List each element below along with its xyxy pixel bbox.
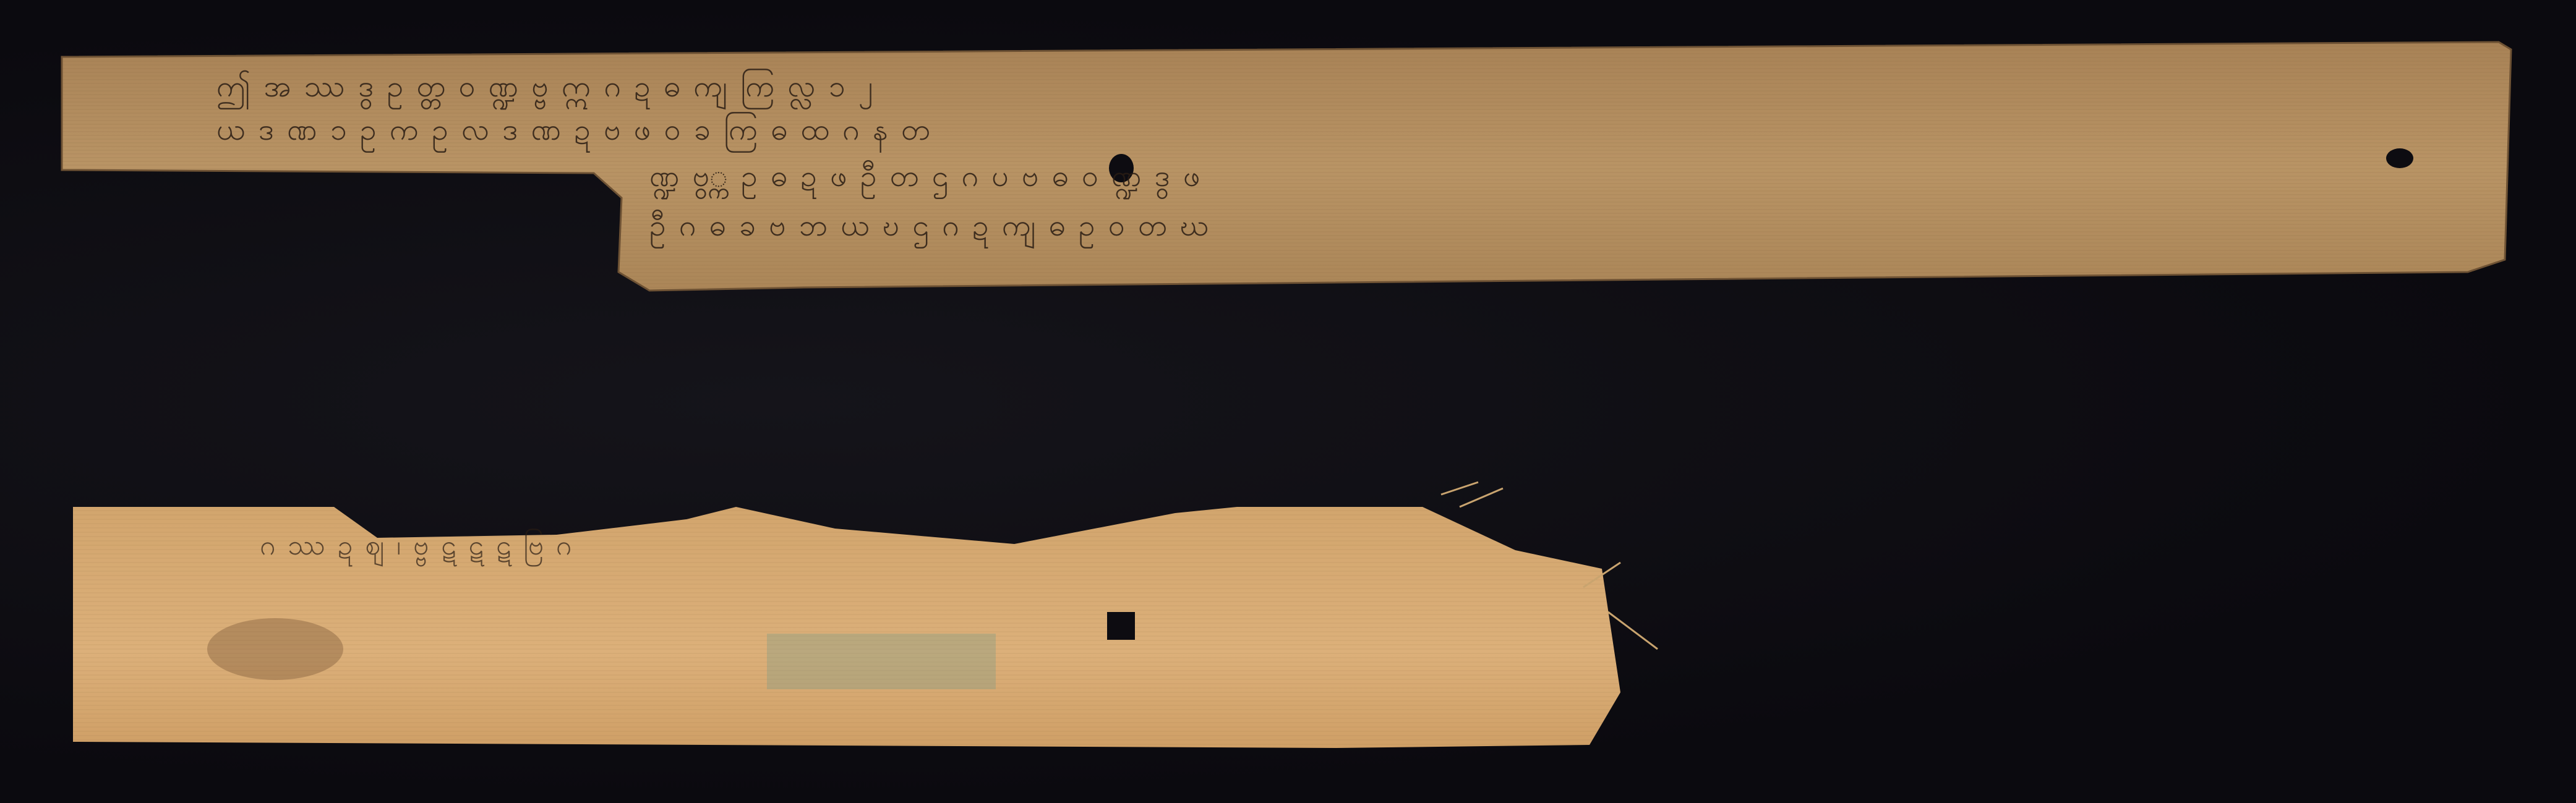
upper-palm-leaf: ဤ အ ဿ ဒွ ဥ တ္တ ဝ ဏ္ဍ ဗ္ဗ ဣ ဂ ဍ ဓ ကျ ကြ လ…: [0, 0, 2576, 321]
manuscript-line: ဦ ဂ ဓ ခ ဗ ဘ ယ ဎ ဌ ဂ ဍ ကျ ဓ ဥ ၀ တ ဃ: [649, 207, 1211, 250]
binding-hole: [1107, 612, 1135, 640]
binding-hole: [2386, 148, 2413, 168]
manuscript-line: ဤ အ ဿ ဒွ ဥ တ္တ ဝ ဏ္ဍ ဗ္ဗ ဣ ဂ ဍ ဓ ကျ ကြ လ…: [216, 68, 875, 111]
lower-palm-leaf: ဂ ဿ ဍ ဈ ၊ ဗ္ဗ ဋ ဋ ဋ ဗြ ဂ: [0, 470, 1670, 767]
manuscript-line: ယ ဒ ဏ ၁ ဥ က ဥ လ ဒ ဏ ဍ ဗ ဖ ၀ ခ ကြ ဓ ထ ဂ န…: [216, 111, 932, 155]
manuscript-line: ဂ ဿ ဍ ဈ ၊ ဗ္ဗ ဋ ဋ ဋ ဗြ ဂ: [260, 529, 573, 568]
manuscript-line: ဏ္ဍ ဗွ္က ဥ ဓ ဍ ဖ ဦ တ ဌ ဂ ပ ဗ ဓ ဝ ဏ္ဍ ဒွ …: [649, 158, 1202, 201]
